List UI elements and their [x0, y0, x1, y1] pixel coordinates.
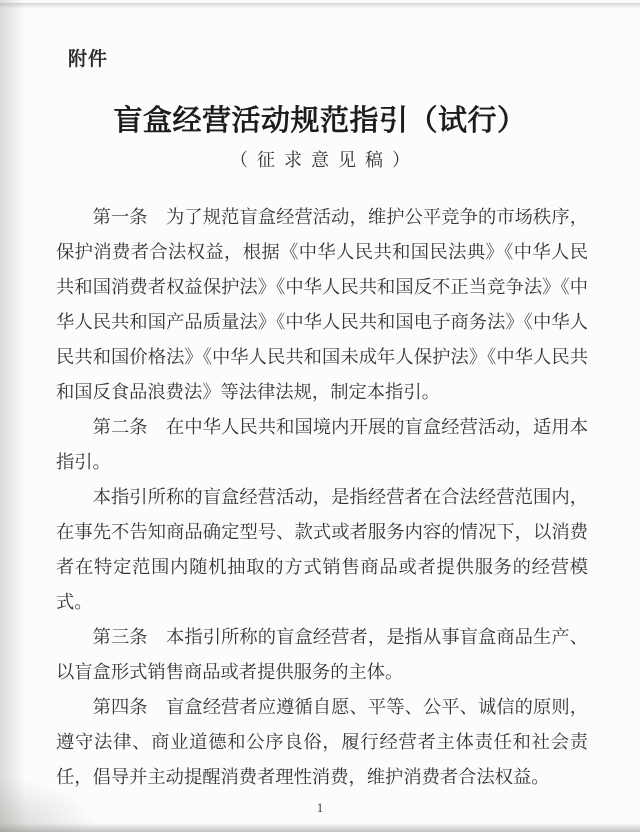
paragraph-article-4: 第四条 盲盒经营者应遵循自愿、平等、公平、诚信的原则，遵守法律、商业道德和公序良…: [56, 690, 588, 795]
paragraph-article-2: 第二条 在中华人民共和国境内开展的盲盒经营活动，适用本指引。: [56, 410, 588, 480]
document-title: 盲盒经营活动规范指引（试行）: [0, 98, 640, 139]
paragraph-article-1: 第一条 为了规范盲盒经营活动，维护公平竞争的市场秩序，保护消费者合法权益，根据《…: [56, 200, 588, 410]
document-subtitle: （征求意见稿）: [0, 146, 640, 172]
scanned-document-page: 附件 盲盒经营活动规范指引（试行） （征求意见稿） 第一条 为了规范盲盒经营活动…: [0, 0, 640, 832]
attachment-label: 附件: [68, 44, 108, 71]
page-number: 1: [0, 800, 640, 816]
scan-edge-bottom: [0, 823, 640, 832]
scan-edge-top: [0, 3, 640, 8]
paragraph-article-2-definition: 本指引所称的盲盒经营活动，是指经营者在合法经营范围内，在事先不告知商品确定型号、…: [56, 480, 588, 620]
document-body: 第一条 为了规范盲盒经营活动，维护公平竞争的市场秩序，保护消费者合法权益，根据《…: [56, 200, 588, 795]
paragraph-article-3: 第三条 本指引所称的盲盒经营者，是指从事盲盒商品生产、以盲盒形式销售商品或者提供…: [56, 620, 588, 690]
